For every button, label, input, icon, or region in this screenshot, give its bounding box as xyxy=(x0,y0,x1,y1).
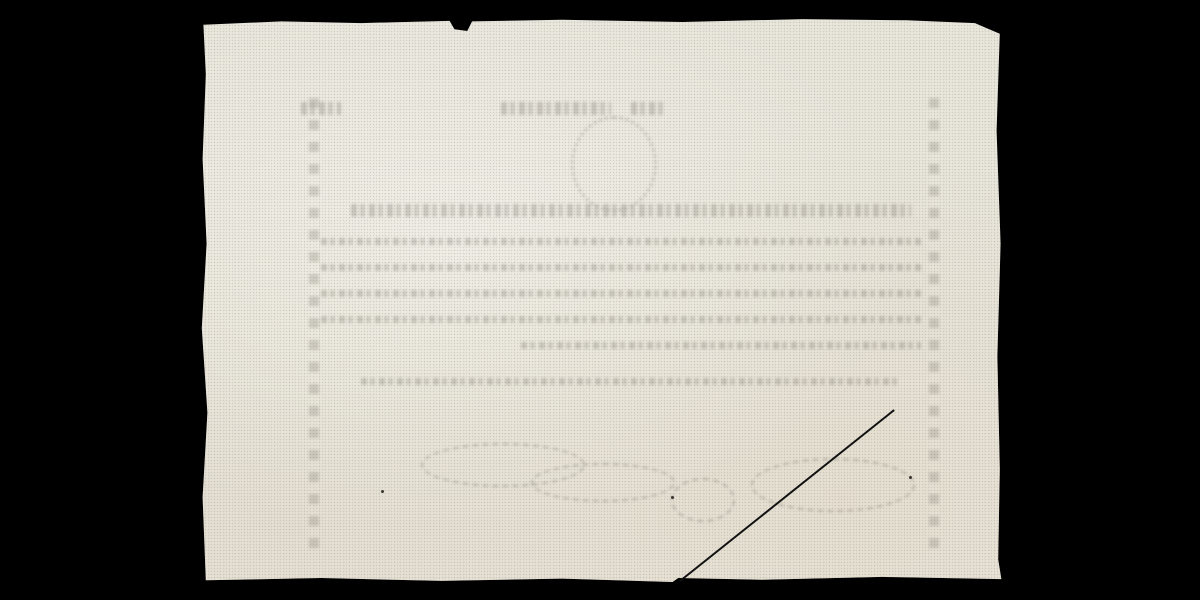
showthrough-right-border xyxy=(929,98,939,558)
showthrough-body-line xyxy=(321,264,921,271)
showthrough-left-border xyxy=(309,98,319,558)
showthrough-date-line xyxy=(361,378,901,385)
showthrough-body-line xyxy=(321,316,921,323)
showthrough-body-line xyxy=(321,238,921,245)
showthrough-heading xyxy=(501,102,611,115)
showthrough-body-line xyxy=(521,342,921,349)
showthrough-body-line xyxy=(321,290,921,297)
showthrough-title-line xyxy=(351,204,911,217)
showthrough-denomination-right xyxy=(301,102,341,115)
ink-speck xyxy=(381,490,384,493)
showthrough-denomination xyxy=(631,102,667,115)
showthrough-signature xyxy=(531,463,675,502)
paper-sheet xyxy=(201,18,1003,582)
mirrored-show-through xyxy=(201,18,1003,582)
showthrough-signature xyxy=(671,478,735,522)
showthrough-seal xyxy=(571,116,657,212)
ink-speck xyxy=(909,476,912,479)
ink-speck xyxy=(671,496,674,499)
